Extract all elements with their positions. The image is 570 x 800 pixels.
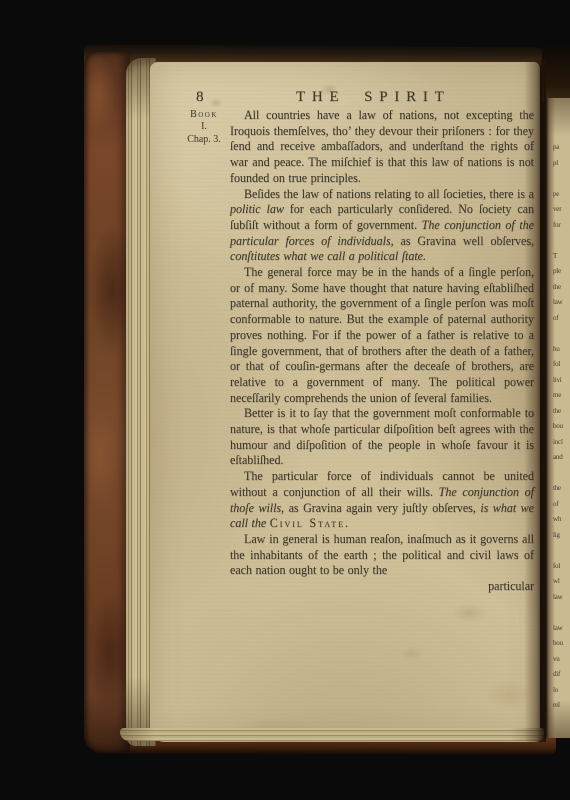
facing-page-fragment	[553, 605, 570, 621]
gutter-shadow	[524, 60, 546, 742]
italic-segment: politic law	[230, 202, 284, 216]
text-segment: Better is it to ſay that the government …	[230, 406, 534, 467]
facing-page-fragment: lig	[553, 528, 570, 544]
catchword: particular	[230, 579, 534, 595]
italic-segment: conſtitutes what we call a political ſta…	[230, 249, 426, 263]
text-segment: as Gravina well obſerves,	[394, 234, 534, 248]
facing-page-fragment: wl	[553, 574, 570, 590]
facing-page-fragment: me	[553, 388, 570, 404]
facing-page-fragment	[553, 233, 570, 249]
facing-page-fragment: law	[553, 590, 570, 606]
facing-page-fragment	[553, 326, 570, 342]
margin-note-numeral: I.	[178, 122, 230, 132]
text-segment: The general force may be in the hands of…	[230, 265, 534, 405]
facing-page: paplpeverforTplethelawofhufollivimethebo…	[546, 98, 570, 738]
facing-page-fragment: fol	[553, 357, 570, 373]
facing-page-fragment: vu	[553, 652, 570, 668]
facing-page-fragment: of	[553, 497, 570, 513]
facing-page-fragment: for	[553, 218, 570, 234]
text-segment: All countries have a law of nations, not…	[230, 108, 534, 185]
facing-page-fragment: ver	[553, 202, 570, 218]
facing-page-fragment: bou	[553, 419, 570, 435]
facing-page-fragment: the	[553, 404, 570, 420]
facing-page-fragment: law	[553, 295, 570, 311]
running-title: THE SPIRIT	[296, 89, 451, 106]
facing-page-fragment: rel	[553, 698, 570, 714]
facing-page-fragment: of	[553, 311, 570, 327]
margin-note-chapter: Chap. 3.	[178, 135, 230, 145]
facing-page-fragment: pe	[553, 187, 570, 203]
facing-page-fragment: wh	[553, 512, 570, 528]
facing-page-fragment: the	[553, 481, 570, 497]
paragraph-2: Beſides the law of nations relating to a…	[230, 187, 534, 266]
facing-page-fragment: T	[553, 249, 570, 265]
smallcaps-segment: Civil State.	[270, 516, 350, 530]
facing-page-fragment: pa	[553, 140, 570, 156]
paragraph-3: The general force may be in the hands of…	[230, 265, 534, 406]
book-board-corner-right	[542, 44, 570, 102]
facing-page-fragment: and	[553, 450, 570, 466]
facing-page-fragment	[553, 543, 570, 559]
page-bottom-edges	[120, 728, 544, 741]
facing-page-fragment: bou	[553, 636, 570, 652]
text-block: All countries have a law of nations, not…	[230, 108, 534, 595]
facing-page-fragment: fol	[553, 559, 570, 575]
book-page: 8 THE SPIRIT Book I. Chap. 3. All countr…	[150, 62, 540, 742]
facing-page-fragment: incl	[553, 435, 570, 451]
facing-page-fragment: pl	[553, 156, 570, 172]
facing-page-fragment: law	[553, 621, 570, 637]
margin-note: Book I. Chap. 3.	[178, 110, 230, 145]
facing-page-fragment: lo	[553, 683, 570, 699]
facing-page-fragment	[553, 466, 570, 482]
facing-page-fragment	[553, 171, 570, 187]
paragraph-1: All countries have a law of nations, not…	[230, 108, 534, 187]
facing-page-fragment: dif	[553, 667, 570, 683]
facing-page-text-fragments: paplpeverforTplethelawofhufollivimethebo…	[546, 98, 570, 714]
photo-frame: 8 THE SPIRIT Book I. Chap. 3. All countr…	[0, 0, 570, 800]
text-segment: as Gravina again very juſtly obſerves,	[284, 501, 480, 515]
facing-page-fragment: ple	[553, 264, 570, 280]
book-spine	[84, 52, 130, 752]
paragraph-4: Better is it to ſay that the government …	[230, 406, 534, 469]
facing-page-fragment: the	[553, 280, 570, 296]
facing-page-fragment: hu	[553, 342, 570, 358]
paragraph-6: Law in general is human reaſon, inaſmuch…	[230, 532, 534, 579]
text-segment: Beſides the law of nations relating to a…	[244, 187, 534, 201]
margin-note-book: Book	[178, 110, 230, 120]
paragraph-5: The particular force of individuals cann…	[230, 469, 534, 532]
page-number: 8	[196, 89, 204, 106]
facing-page-fragment: livi	[553, 373, 570, 389]
text-segment: Law in general is human reaſon, inaſmuch…	[230, 532, 534, 577]
